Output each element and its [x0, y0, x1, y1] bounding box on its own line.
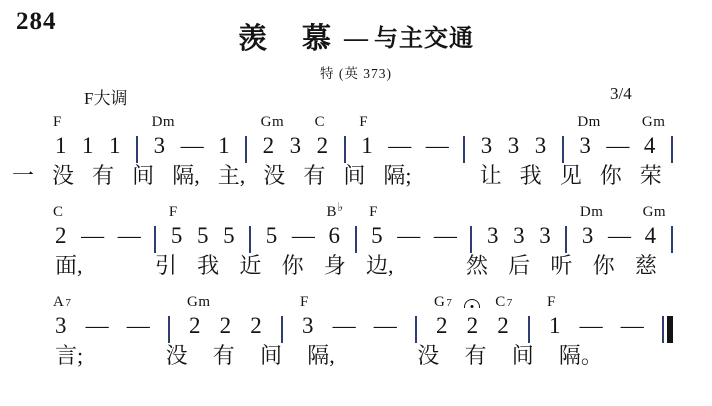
lyric-line-2: 面,引我近你身边,然后听你慈 [55, 255, 657, 277]
note: 2 [250, 314, 262, 337]
note: 5F [171, 224, 183, 247]
chord-label: C [315, 115, 326, 130]
flat-icon: ♭ [337, 200, 343, 214]
note-dash: — [374, 314, 396, 337]
note: 3 [539, 224, 551, 247]
notation-line-3: 3A7——2Gm223F——2G722C71F—— [55, 311, 673, 337]
lyric-syllable: 你 [282, 255, 304, 277]
notation-line-1: 1F113Dm—12Gm32C1F——3333Dm—4Gm [55, 131, 673, 157]
lyric-syllable: 没 [417, 345, 439, 367]
chord-label: F [169, 205, 178, 220]
note: 2C [317, 134, 329, 157]
lyric-syllable: 面, [55, 255, 83, 277]
lyric-syllable: 见 [560, 165, 582, 187]
lyric-syllable: 我 [520, 165, 542, 187]
chord-label: Gm [643, 205, 667, 220]
note: 3Dm [582, 224, 594, 247]
note: 5F [371, 224, 383, 247]
lyric-syllable: 荣 [640, 165, 662, 187]
note-dash: — [388, 134, 410, 157]
note-dash: — [606, 134, 628, 157]
chord-label: F [53, 115, 62, 130]
key-signature-label: F大调 [84, 84, 127, 109]
chord-label: G7 [434, 295, 452, 310]
note: 1F [361, 134, 373, 157]
fermata-icon [464, 299, 480, 308]
note: 3 [487, 224, 499, 247]
note-dash: — [397, 224, 419, 247]
note-dash: — [81, 224, 103, 247]
note: 2G7 [436, 314, 448, 337]
lyric-syllable: 我 [197, 255, 219, 277]
note: 1F [55, 134, 67, 157]
lyric-syllable: 后 [508, 255, 530, 277]
lyric-syllable: 一 [12, 165, 34, 187]
lyric-syllable: 让 [480, 165, 502, 187]
note: 3 [508, 134, 520, 157]
barline [245, 136, 247, 163]
note: 3 [290, 134, 302, 157]
barline [136, 136, 138, 163]
note: 6B♭ [328, 224, 340, 247]
lyric-syllable: 身 [324, 255, 346, 277]
barline [671, 136, 673, 163]
note: 2Gm [189, 314, 201, 337]
note: 1F [549, 314, 561, 337]
chord-label: Gm [187, 295, 211, 310]
lyric-syllable: 有 [464, 345, 486, 367]
barline [463, 136, 465, 163]
note: 3A7 [55, 314, 67, 337]
lyric-syllable: 隔, [172, 165, 200, 187]
note: 1 [109, 134, 121, 157]
note-dash: — [333, 314, 355, 337]
note: 2 [220, 314, 232, 337]
title-dash: — [344, 26, 368, 52]
lyric-syllable: 间 [512, 345, 534, 367]
lyric-syllable: 听 [550, 255, 572, 277]
lyric-line-3: 言;没有间隔,没有间隔。 [55, 345, 603, 367]
note: 1 [218, 134, 230, 157]
final-barline [662, 316, 673, 343]
barline [470, 226, 472, 253]
barline [562, 136, 564, 163]
title-subtitle: 与主交通 [374, 26, 474, 52]
chord-label: F [300, 295, 309, 310]
lyric-syllable: 间 [343, 165, 365, 187]
note: 4Gm [644, 134, 656, 157]
hymn-sheet-page: 284 羡 慕—与主交通 特 (英 373) F大调 3/4 1F113Dm—1… [0, 0, 712, 406]
lyric-syllable: 没 [263, 165, 285, 187]
barline [281, 316, 283, 343]
note: 3 [481, 134, 493, 157]
barline [249, 226, 251, 253]
lyric-gap [108, 366, 140, 367]
note: 5 [197, 224, 209, 247]
chord-label: F [547, 295, 556, 310]
note: 2Gm [263, 134, 275, 157]
lyric-syllable: 有 [213, 345, 235, 367]
lyric-syllable: 没 [52, 165, 74, 187]
note: 5 [266, 224, 278, 247]
barline [154, 226, 156, 253]
lyric-gap [360, 366, 392, 367]
chord-label: F [359, 115, 368, 130]
lyric-syllable: 间 [260, 345, 282, 367]
chord-label: B♭ [326, 201, 343, 220]
note: 3Dm [154, 134, 166, 157]
chord-label: A7 [53, 295, 71, 310]
lyric-syllable: 没 [166, 345, 188, 367]
chord-label: C7 [495, 295, 513, 310]
note-dash: — [580, 314, 602, 337]
note: 3 [535, 134, 547, 157]
lyric-syllable: 你 [593, 255, 615, 277]
lyric-gap [430, 186, 462, 187]
note: 3 [513, 224, 525, 247]
barline [168, 316, 170, 343]
lyric-syllable: 隔; [383, 165, 411, 187]
lyric-syllable: 引 [155, 255, 177, 277]
lyric-syllable: 隔。 [559, 345, 603, 367]
lyric-gap [103, 276, 135, 277]
note: 5 [223, 224, 235, 247]
lyric-line-1: 一没有间隔,主,没有间隔;让我见你荣 [12, 165, 662, 187]
chord-label: Gm [642, 115, 666, 130]
chord-label: F [369, 205, 378, 220]
final-barline-thick [667, 316, 673, 343]
tune-reference: 特 (英 373) [0, 62, 712, 82]
lyric-syllable: 然 [466, 255, 488, 277]
lyric-gap [414, 276, 446, 277]
barline [415, 316, 417, 343]
note: 2 [467, 314, 479, 337]
note: 1 [82, 134, 94, 157]
note: 3Dm [579, 134, 591, 157]
chord-label: Dm [152, 115, 176, 130]
time-signature: 3/4 [610, 84, 632, 104]
lyric-syllable: 有 [303, 165, 325, 187]
lyric-syllable: 有 [92, 165, 114, 187]
note-dash: — [621, 314, 643, 337]
chord-label: Gm [261, 115, 285, 130]
note-dash: — [86, 314, 108, 337]
note-dash: — [118, 224, 140, 247]
note: 3F [302, 314, 314, 337]
note-dash: — [608, 224, 630, 247]
lyric-syllable: 慈 [635, 255, 657, 277]
note: 4Gm [645, 224, 657, 247]
lyric-syllable: 你 [600, 165, 622, 187]
barline [355, 226, 357, 253]
lyric-syllable: 间 [132, 165, 154, 187]
title-main: 羡 慕 [238, 23, 334, 55]
lyric-syllable: 主, [218, 165, 246, 187]
note-dash: — [127, 314, 149, 337]
note-dash: — [434, 224, 456, 247]
chord-seventh: 7 [507, 297, 513, 309]
barline [344, 136, 346, 163]
final-barline-thin [662, 316, 664, 343]
note: 2C7 [497, 314, 509, 337]
barline [528, 316, 530, 343]
chord-label: Dm [580, 205, 604, 220]
chord-seventh: 7 [65, 297, 71, 309]
lyric-syllable: 隔, [307, 345, 335, 367]
barline [671, 226, 673, 253]
lyric-syllable: 近 [239, 255, 261, 277]
chord-label: C [53, 205, 64, 220]
chord-label: Dm [577, 115, 601, 130]
chord-seventh: 7 [446, 297, 452, 309]
note-dash: — [181, 134, 203, 157]
barline [565, 226, 567, 253]
note-dash: — [426, 134, 448, 157]
page-title: 羡 慕—与主交通 [0, 16, 712, 57]
lyric-syllable: 言; [55, 345, 83, 367]
note-dash: — [292, 224, 314, 247]
notation-line-2: 2C——5F555—6B♭5F——3333Dm—4Gm [55, 221, 673, 247]
lyric-syllable: 边, [366, 255, 394, 277]
note: 2C [55, 224, 67, 247]
